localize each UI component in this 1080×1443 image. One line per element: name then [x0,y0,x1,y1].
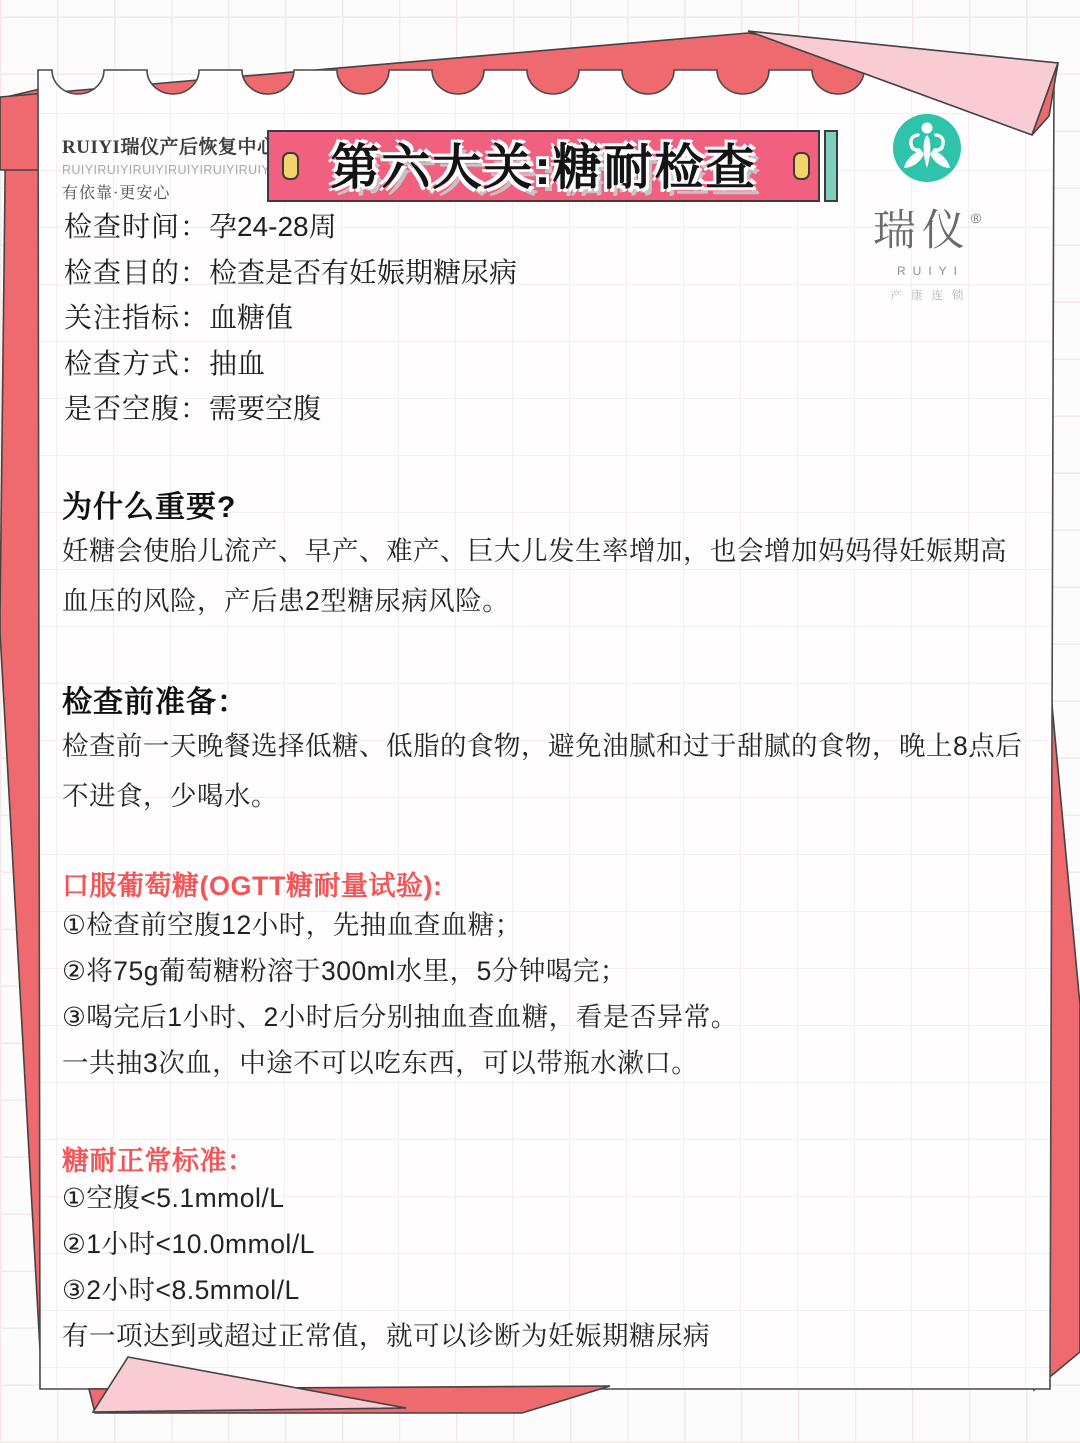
brand-subtitle: RUIYIRUIYIRUIYIRUIYIRUIYIRUIYI [62,163,276,177]
standard-item: ①空腹<5.1mmol/L [62,1175,710,1221]
info-row: 关注指标：血糖值 [64,295,517,341]
ogtt-note: 一共抽3次血，中途不可以吃东西，可以带瓶水漱口。 [62,1040,738,1086]
info-label: 检查目的： [64,257,209,288]
brand-logo: 瑞仪® RUIYI 产康连锁 [852,112,1002,303]
logo-mark-icon [891,112,963,184]
info-label: 是否空腹： [64,393,209,424]
info-row: 检查时间：孕24-28周 [64,204,517,250]
why-important-body: 妊糖会使胎儿流产、早产、难产、巨大儿发生率增加，也会增加妈妈得妊娠期高血压的风险… [62,526,1030,626]
info-row: 检查方式：抽血 [64,341,517,387]
exam-info-list: 检查时间：孕24-28周 检查目的：检查是否有妊娠期糖尿病 关注指标：血糖值 检… [64,204,517,432]
standard-note: 有一项达到或超过正常值，就可以诊断为妊娠期糖尿病 [62,1313,710,1359]
standard-item: ②1小时<10.0mmol/L [62,1221,710,1267]
standard-item: ③2小时<8.5mmol/L [62,1267,710,1313]
logo-tagline: 产康连锁 [861,287,1002,303]
banner-teal-edge [824,130,838,202]
standard-list: ①空腹<5.1mmol/L ②1小时<10.0mmol/L ③2小时<8.5mm… [62,1175,710,1359]
registered-mark: ® [971,210,981,226]
info-label: 检查时间： [64,211,209,242]
poster-page: RUIYI瑞仪产后恢复中心 RUIYIRUIYIRUIYIRUIYIRUIYIR… [0,0,1080,1443]
page-title: 第六大关:糖耐检查 [267,130,820,198]
info-value: 孕24-28周 [209,211,337,242]
info-value: 抽血 [209,348,265,379]
ogtt-step: ①检查前空腹12小时，先抽血查血糖； [62,902,738,948]
why-important-heading: 为什么重要? [62,482,236,526]
ogtt-step: ③喝完后1小时、2小时后分别抽血查血糖，看是否异常。 [62,994,738,1040]
brand-title: RUIYI瑞仪产后恢复中心 [62,132,276,159]
ogtt-heading: 口服葡萄糖(OGTT糖耐量试验): [62,864,442,903]
standard-heading: 糖耐正常标准： [62,1139,255,1178]
preparation-heading: 检查前准备： [62,677,248,721]
logo-latin-name: RUIYI [859,264,1002,278]
info-value: 检查是否有妊娠期糖尿病 [209,257,517,288]
brand-slogan: 有依靠·更安心 [62,180,276,203]
preparation-body: 检查前一天晚餐选择低糖、低脂的食物，避免油腻和过于甜腻的食物，晚上8点后不进食，… [62,721,1030,821]
ogtt-step: ②将75g葡萄糖粉溶于300ml水里，5分钟喝完； [62,948,738,994]
info-row: 是否空腹：需要空腹 [64,386,517,432]
info-row: 检查目的：检查是否有妊娠期糖尿病 [64,250,517,296]
logo-cn-name: 瑞仪® [852,197,1002,258]
info-label: 关注指标： [64,302,209,333]
card-content: RUIYI瑞仪产后恢复中心 RUIYIRUIYIRUIYIRUIYIRUIYIR… [0,0,1080,1443]
brand-header: RUIYI瑞仪产后恢复中心 RUIYIRUIYIRUIYIRUIYIRUIYIR… [62,132,276,203]
ogtt-steps-list: ①检查前空腹12小时，先抽血查血糖； ②将75g葡萄糖粉溶于300ml水里，5分… [62,902,738,1086]
info-value: 血糖值 [209,302,293,333]
info-value: 需要空腹 [209,393,321,424]
info-label: 检查方式： [64,348,209,379]
